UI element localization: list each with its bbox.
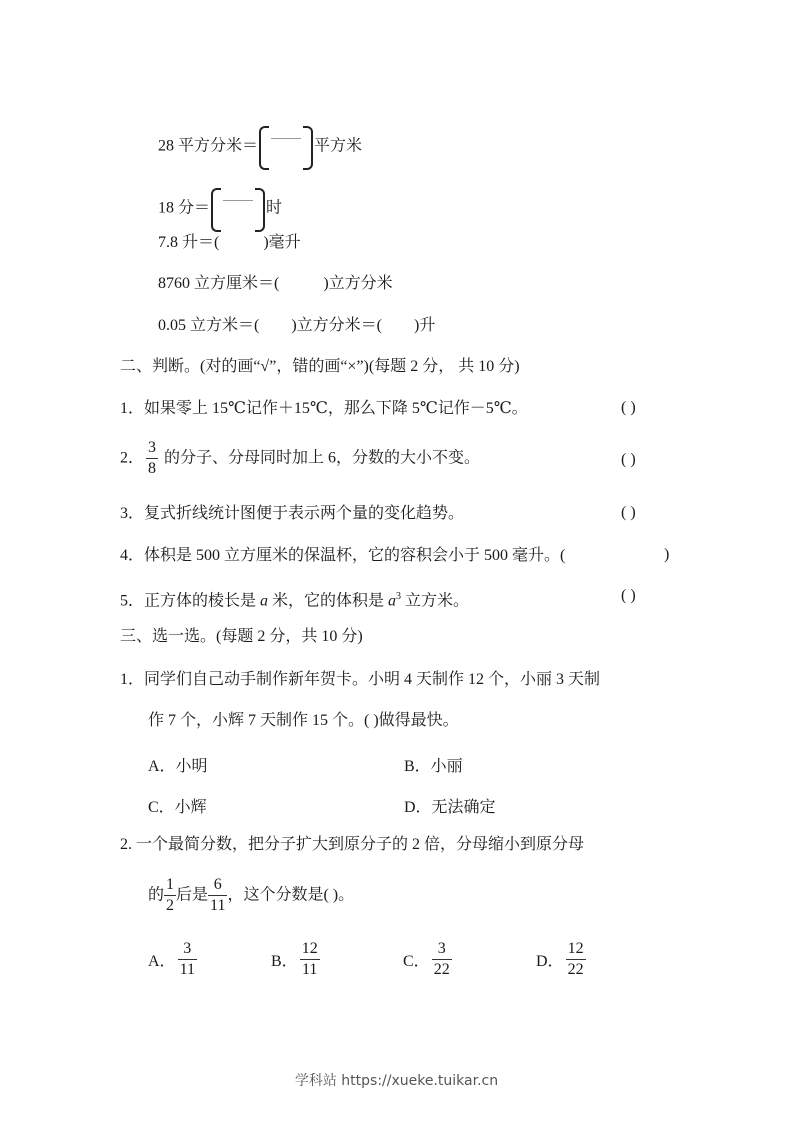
variable: a	[388, 592, 396, 609]
fraction-answer-blank[interactable]	[211, 186, 265, 232]
answer-paren[interactable]: )	[664, 546, 669, 564]
conversion-mid: )立方分米＝(	[291, 317, 382, 334]
conversion-left: 18 分＝	[158, 200, 210, 217]
fraction: 38	[146, 438, 158, 479]
fraction-numerator: 3	[178, 939, 197, 960]
item-number: 4．	[120, 547, 144, 564]
conversion-left: 28 平方分米＝	[158, 138, 258, 155]
option-a[interactable]: A．311	[148, 939, 199, 980]
option-letter: A．	[148, 953, 176, 970]
fraction-denominator: 11	[178, 960, 197, 980]
item-text: 正方体的棱长是	[144, 592, 260, 609]
conversion-left: 7.8 升＝(	[158, 234, 219, 251]
item-text: 的分子、分母同时加上 6，分数的大小不变。	[160, 450, 480, 467]
fraction-numerator: 1	[164, 875, 176, 896]
option-b[interactable]: B．1211	[271, 939, 322, 980]
item-number: 5．	[120, 592, 144, 609]
conversion-item-1: 28 平方分米＝平方米	[158, 124, 362, 170]
item-number: 2．	[120, 450, 144, 467]
conversion-left: 0.05 立方米＝(	[158, 317, 259, 334]
conversion-item-2: 18 分＝时	[158, 186, 282, 232]
option-letter: B．	[271, 953, 298, 970]
fraction: 1222	[566, 939, 586, 980]
fraction: 322	[432, 939, 452, 980]
item-text: 如果零上 15℃记作＋15℃，那么下降 5℃记作－5℃。	[144, 400, 528, 417]
item-text: 的	[148, 887, 164, 904]
fraction-denominator: 22	[432, 960, 452, 980]
fraction-numerator: 6	[208, 875, 227, 896]
item-text: 立方米。	[401, 592, 469, 609]
fraction: 611	[208, 875, 227, 916]
item-text: ，这个分数是( )。	[227, 887, 354, 904]
conversion-item-5: 0.05 立方米＝()立方分米＝()升	[158, 316, 435, 336]
option-d[interactable]: D．1222	[536, 939, 588, 980]
item-text: 米，它的体积是	[268, 592, 388, 609]
judge-item-1: 1．如果零上 15℃记作＋15℃，那么下降 5℃记作－5℃。	[120, 399, 528, 419]
item-number: 3．	[120, 505, 144, 522]
option-letter: C．	[403, 953, 430, 970]
item-text: 后是	[176, 887, 208, 904]
fraction-denominator: 2	[164, 896, 176, 916]
variable: a	[260, 592, 268, 609]
fraction-numerator: 12	[300, 939, 320, 960]
judge-item-5: 5．正方体的棱长是 a 米，它的体积是 a3 立方米。	[120, 587, 469, 611]
answer-paren[interactable]: ( )	[621, 587, 636, 605]
choice-q2-line2: 的12后是611，这个分数是( )。	[148, 875, 354, 916]
conversion-right: )立方分米	[323, 275, 392, 292]
conversion-right: )升	[414, 317, 435, 334]
fraction-denominator: 11	[300, 960, 320, 980]
choice-q1-line1: 1．同学们自己动手制作新年贺卡。小明 4 天制作 12 个，小丽 3 天制	[120, 670, 600, 690]
item-text: 体积是 500 立方厘米的保温杯，它的容积会小于 500 毫升。(	[144, 547, 565, 564]
answer-paren[interactable]: ( )	[621, 451, 636, 469]
judge-item-4: 4．体积是 500 立方厘米的保温杯，它的容积会小于 500 毫升。(	[120, 546, 565, 566]
item-number: 1．	[120, 400, 144, 417]
option-c[interactable]: C．小辉	[148, 794, 207, 817]
choice-q1-line2: 作 7 个，小辉 7 天制作 15 个。( )做得最快。	[148, 711, 459, 731]
choice-q2-line1: 2. 一个最简分数，把分子扩大到原分子的 2 倍，分母缩小到原分母	[120, 835, 584, 855]
option-b[interactable]: B．小丽	[404, 753, 463, 776]
option-letter: D．	[536, 953, 564, 970]
fraction-answer-blank[interactable]	[259, 124, 313, 170]
option-d[interactable]: D．无法确定	[404, 794, 496, 817]
conversion-left: 8760 立方厘米＝(	[158, 275, 279, 292]
fraction-denominator: 11	[208, 896, 227, 916]
section3-title: 三、选一选。(每题 2 分，共 10 分)	[120, 627, 363, 647]
judge-item-3: 3．复式折线统计图便于表示两个量的变化趋势。	[120, 504, 464, 524]
conversion-right: 平方米	[314, 138, 362, 155]
fraction: 1211	[300, 939, 320, 980]
answer-paren[interactable]: ( )	[621, 399, 636, 417]
option-c[interactable]: C．322	[403, 939, 454, 980]
conversion-item-4: 8760 立方厘米＝()立方分米	[158, 274, 393, 294]
answer-paren[interactable]: ( )	[621, 504, 636, 522]
fraction-numerator: 3	[432, 939, 452, 960]
fraction-denominator: 8	[146, 459, 158, 479]
conversion-item-3: 7.8 升＝()毫升	[158, 233, 301, 253]
fraction-numerator: 12	[566, 939, 586, 960]
option-a[interactable]: A．小明	[148, 753, 208, 776]
conversion-right: )毫升	[263, 234, 300, 251]
fraction-denominator: 22	[566, 960, 586, 980]
conversion-right: 时	[266, 200, 282, 217]
fraction-numerator: 3	[146, 438, 158, 459]
item-text: 复式折线统计图便于表示两个量的变化趋势。	[144, 505, 464, 522]
fraction: 311	[178, 939, 197, 980]
fraction: 12	[164, 875, 176, 916]
footer-watermark: 学科站 https://xueke.tuikar.cn	[0, 1070, 793, 1090]
judge-item-2: 2．38 的分子、分母同时加上 6，分数的大小不变。	[120, 438, 480, 479]
section2-title: 二、判断。(对的画“√”，错的画“×”)(每题 2 分， 共 10 分)	[120, 357, 520, 377]
